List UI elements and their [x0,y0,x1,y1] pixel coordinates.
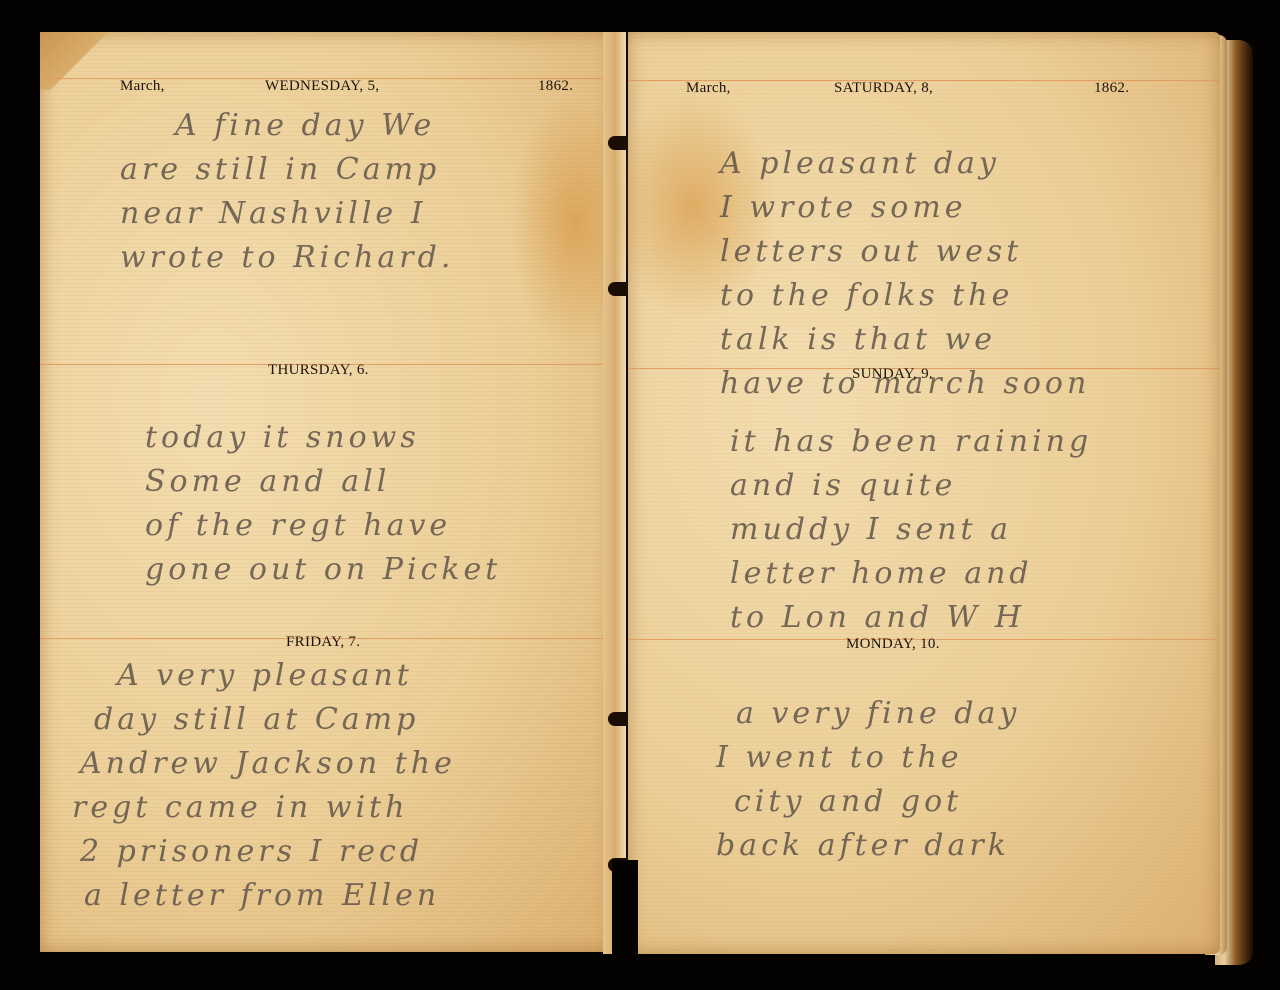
entry-line: and is quite [730,464,1092,508]
left-page: March, WEDNESDAY, 5, 1862. A fine day We… [40,32,613,952]
diary-entry-sunday: it has been raining and is quite muddy I… [730,420,1092,640]
entry-line: a letter from Ellen [72,874,456,918]
diary-entry-wednesday: A fine day We are still in Camp near Nas… [120,104,454,280]
entry-line: near Nashville I [120,192,454,236]
entry-line: A pleasant day [720,142,1090,186]
diary-entry-thursday: today it snows Some and all of the regt … [145,416,501,592]
entry-line: are still in Camp [120,148,454,192]
entry-line: regt came in with [72,786,456,830]
day-label-thursday: THURSDAY, 6. [268,362,369,379]
entry-line: A fine day We [120,104,454,148]
entry-line: muddy I sent a [730,508,1092,552]
header-year: 1862. [1094,80,1129,97]
entry-line: Andrew Jackson the [72,742,456,786]
diary-entry-friday: A very pleasant day still at Camp Andrew… [72,654,456,918]
entry-line: talk is that we [720,318,1090,362]
folded-corner [40,32,120,90]
spine-gap [612,860,638,960]
entry-line: to the folks the [720,274,1090,318]
entry-line: a very fine day [716,692,1020,736]
day-label-sunday: SUNDAY, 9. [852,366,933,383]
day-label-monday: MONDAY, 10. [846,636,940,653]
entry-line: of the regt have [145,504,501,548]
entry-line: letters out west [720,230,1090,274]
entry-line: I went to the [716,736,1020,780]
entry-line: I wrote some [720,186,1090,230]
entry-line: today it snows [145,416,501,460]
entry-line: day still at Camp [72,698,456,742]
entry-line: 2 prisoners I recd [72,830,456,874]
header-year: 1862. [538,78,573,95]
header-day: WEDNESDAY, 5, [265,78,379,95]
entry-line: Some and all [145,460,501,504]
entry-line: back after dark [716,824,1020,868]
entry-line: city and got [716,780,1020,824]
header-month: March, [686,80,731,97]
diary-spread: March, WEDNESDAY, 5, 1862. A fine day We… [0,0,1280,990]
entry-line: A very pleasant [72,654,456,698]
entry-line: it has been raining [730,420,1092,464]
right-page: March, SATURDAY, 8, 1862. A pleasant day… [628,32,1220,954]
day-label-friday: FRIDAY, 7. [286,634,360,651]
header-day: SATURDAY, 8, [834,80,933,97]
entry-line: gone out on Picket [145,548,501,592]
header-month: March, [120,78,165,95]
entry-line: wrote to Richard. [120,236,454,280]
entry-line: letter home and [730,552,1092,596]
entry-line: to Lon and W H [730,596,1092,640]
diary-entry-monday: a very fine day I went to the city and g… [716,692,1020,868]
